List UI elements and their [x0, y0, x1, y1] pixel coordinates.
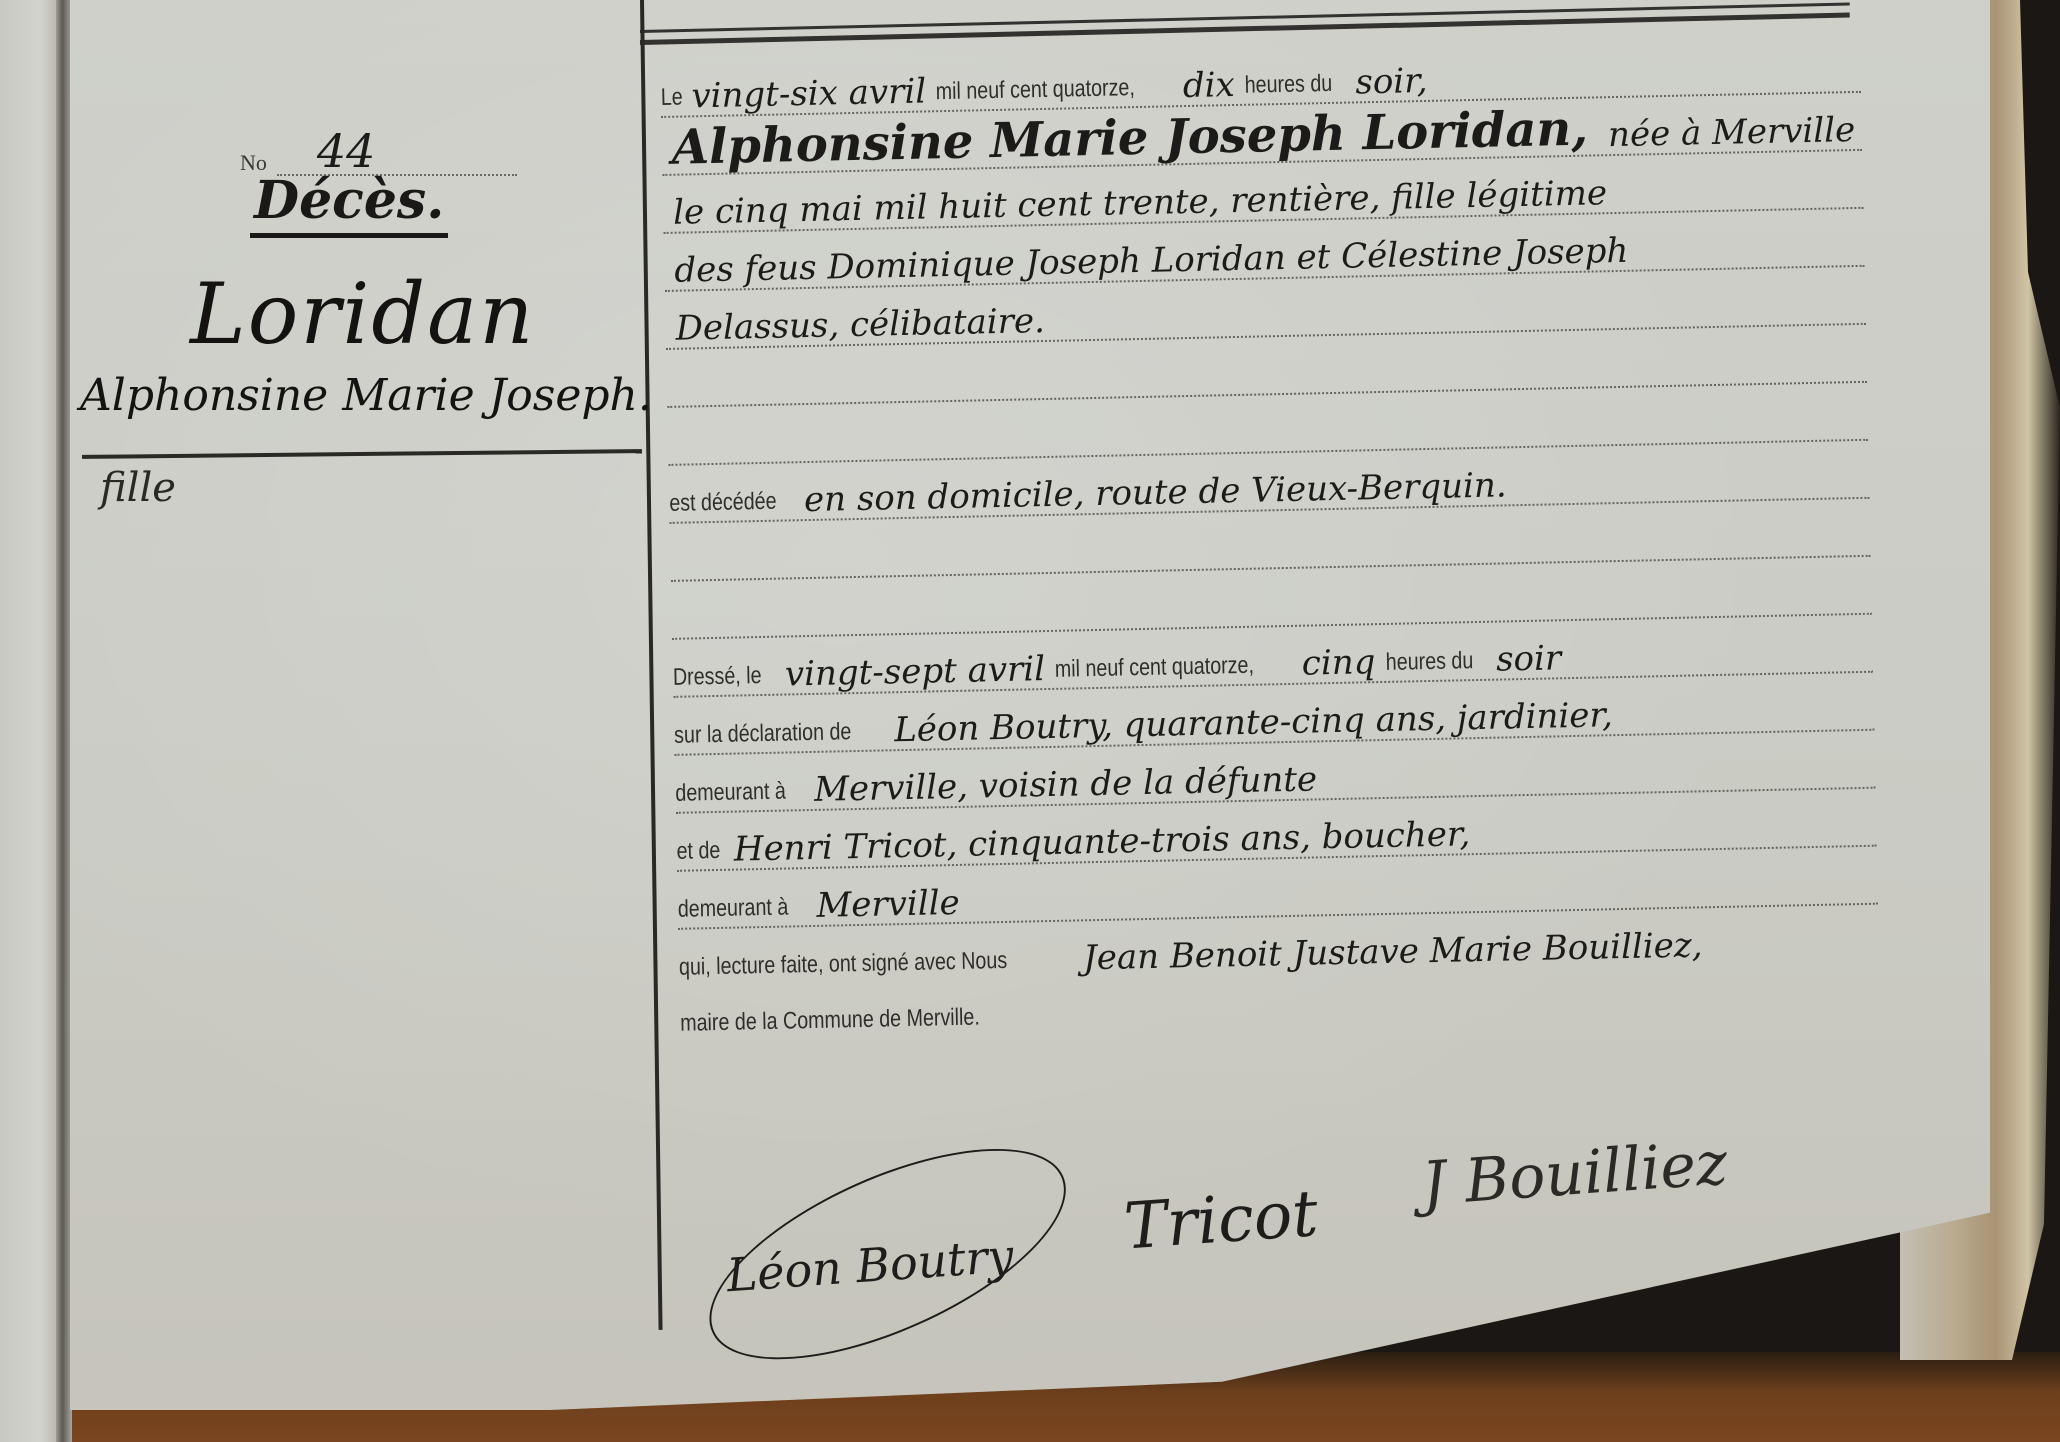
printed-text: maire de la Commune de Merville. [680, 1004, 980, 1042]
printed-text: heures du [1385, 647, 1473, 681]
printed-text: Le [661, 84, 684, 116]
printed-text: sur la déclaration de [674, 718, 852, 754]
handwritten-text: Merville [806, 886, 970, 925]
printed-text: mil neuf cent quatorze, [1055, 652, 1255, 688]
printed-text: et de [676, 837, 720, 870]
handwritten-text: Delassus, célibataire. [665, 304, 1055, 348]
handwritten-text: soir, [1345, 64, 1438, 102]
book-gutter [56, 0, 72, 1442]
signature-bouilliez: J Bouilliez [1420, 1128, 1730, 1219]
handwritten-text: soir [1486, 641, 1572, 679]
printed-text: demeurant à [678, 894, 789, 928]
act-number: No 44 [240, 128, 517, 176]
handwritten-text: cinq [1291, 645, 1385, 683]
marginal-note: fille [100, 465, 176, 511]
printed-text: mil neuf cent quatorze, [936, 74, 1136, 110]
deceased-given-names: Alphonsine Marie Joseph. [80, 370, 652, 421]
handwritten-text: vingt-six avril [681, 74, 936, 115]
act-number-value: 44 [277, 128, 517, 176]
previous-page-edge [0, 0, 58, 1442]
printed-text: demeurant à [675, 778, 786, 812]
handwritten-text: dix [1173, 68, 1246, 105]
signature-tricot: Tricot [1122, 1177, 1321, 1264]
printed-text: Dressé, le [673, 662, 762, 696]
printed-text: est décédée [669, 488, 777, 522]
act-body: Le vingt-six avril mil neuf cent quatorz… [660, 35, 1880, 1042]
margin-column: No 44 Décès. Loridan Alphonsine Marie Jo… [80, 90, 640, 990]
act-type-heading: Décès. [250, 170, 448, 238]
deceased-surname: Loridan [190, 265, 535, 363]
printed-text: heures du [1244, 70, 1332, 104]
handwritten-text: vingt-sept avril [775, 652, 1056, 694]
handwritten-text: née à Merville [1598, 113, 1866, 155]
